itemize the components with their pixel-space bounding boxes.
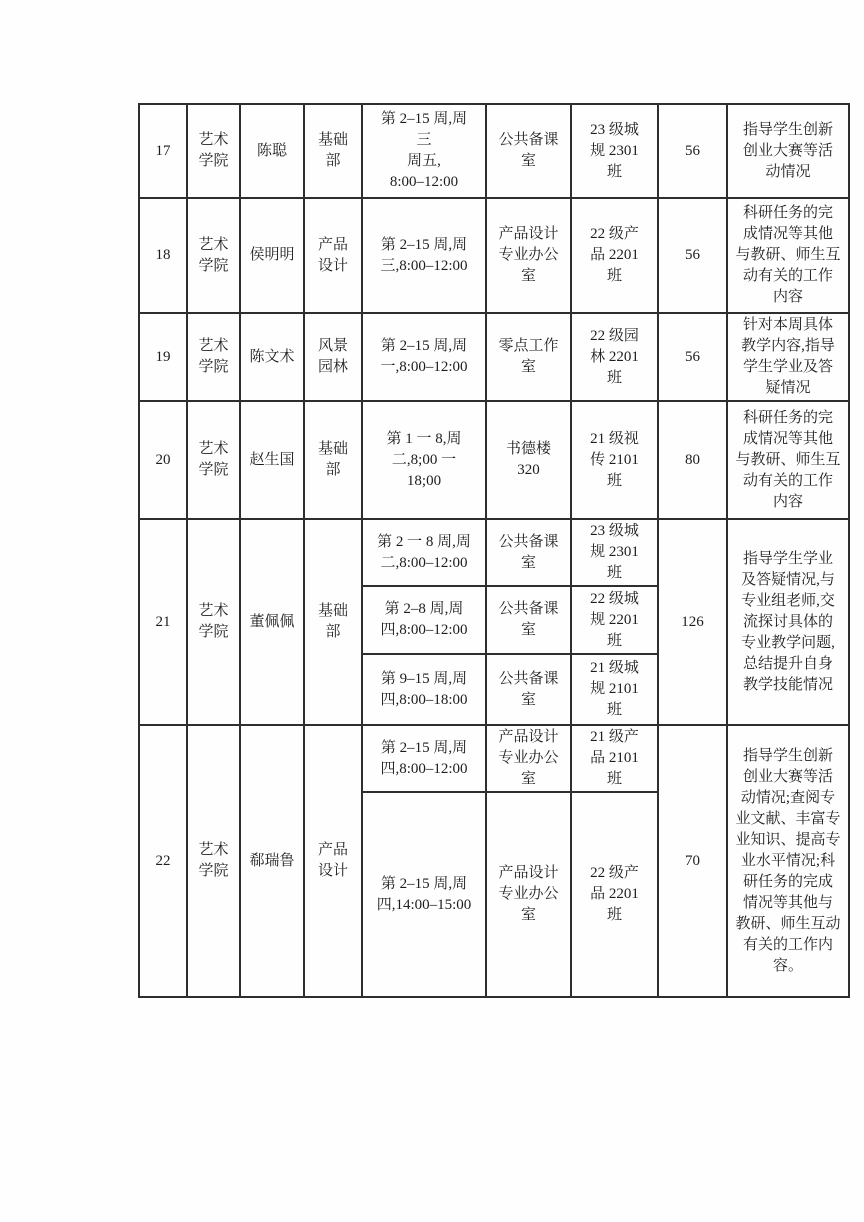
table-row: 22 艺术 学院 郗瑞鲁 产品 设计 第 2–15 周,周 四,8:00–12:… [139,725,849,792]
cell-department: 产品 设计 [304,198,362,313]
cell-row-number: 21 [139,519,187,725]
cell-student-count: 80 [658,401,727,519]
cell-department: 基础 部 [304,104,362,198]
cell-college: 艺术 学院 [187,725,240,997]
cell-teacher-name: 董佩佩 [240,519,304,725]
cell-row-number: 18 [139,198,187,313]
cell-teacher-name: 侯明明 [240,198,304,313]
cell-class: 23 级城 规 2301 班 [571,519,658,586]
cell-weeks-time: 第 2–8 周,周 四,8:00–12:00 [362,586,486,654]
cell-teacher-name: 陈聪 [240,104,304,198]
cell-department: 基础 部 [304,401,362,519]
cell-college: 艺术 学院 [187,313,240,401]
cell-student-count: 56 [658,104,727,198]
cell-location: 公共备课 室 [486,654,571,725]
cell-class: 22 级园 林 2201 班 [571,313,658,401]
cell-weeks-time: 第 9–15 周,周 四,8:00–18:00 [362,654,486,725]
cell-weeks-time: 第 2–15 周,周 一,8:00–12:00 [362,313,486,401]
cell-location: 产品设计 专业办公 室 [486,725,571,792]
cell-department: 产品 设计 [304,725,362,997]
cell-location: 公共备课 室 [486,586,571,654]
cell-college: 艺术 学院 [187,104,240,198]
table-row: 21 艺术 学院 董佩佩 基础 部 第 2 一 8 周,周 二,8:00–12:… [139,519,849,586]
cell-weeks-time: 第 1 一 8,周 二,8;00 一 18;00 [362,401,486,519]
cell-department: 风景 园林 [304,313,362,401]
cell-class: 22 级产 品 2201 班 [571,792,658,997]
cell-class: 21 级视 传 2101 班 [571,401,658,519]
cell-work-content: 指导学生创新 创业大赛等活 动情况;查阅专 业文献、丰富专 业知识、提高专 业水… [727,725,849,997]
cell-location: 产品设计 专业办公 室 [486,792,571,997]
cell-work-content: 指导学生学业 及答疑情况,与 专业组老师,交 流探讨具体的 专业教学问题, 总结… [727,519,849,725]
cell-weeks-time: 第 2–15 周,周 三 周五, 8:00–12:00 [362,104,486,198]
table-row: 18 艺术 学院 侯明明 产品 设计 第 2–15 周,周 三,8:00–12:… [139,198,849,313]
cell-location: 公共备课 室 [486,519,571,586]
scanned-document-page: 17 艺术 学院 陈聪 基础 部 第 2–15 周,周 三 周五, 8:00–1… [0,0,864,1222]
cell-teacher-name: 郗瑞鲁 [240,725,304,997]
cell-weeks-time: 第 2 一 8 周,周 二,8:00–12:00 [362,519,486,586]
table-row: 20 艺术 学院 赵生国 基础 部 第 1 一 8,周 二,8;00 一 18;… [139,401,849,519]
cell-work-content: 科研任务的完 成情况等其他 与教研、师生互 动有关的工作 内容 [727,401,849,519]
cell-class: 21 级城 规 2101 班 [571,654,658,725]
cell-student-count: 70 [658,725,727,997]
cell-row-number: 20 [139,401,187,519]
cell-student-count: 56 [658,313,727,401]
cell-teacher-name: 陈文术 [240,313,304,401]
cell-location: 书德楼 320 [486,401,571,519]
cell-weeks-time: 第 2–15 周,周 四,8:00–12:00 [362,725,486,792]
teacher-schedule-table: 17 艺术 学院 陈聪 基础 部 第 2–15 周,周 三 周五, 8:00–1… [138,103,850,998]
cell-student-count: 126 [658,519,727,725]
cell-work-content: 指导学生创新 创业大赛等活 动情况 [727,104,849,198]
cell-class: 22 级产 品 2201 班 [571,198,658,313]
cell-work-content: 针对本周具体 教学内容,指导 学生学业及答 疑情况 [727,313,849,401]
cell-college: 艺术 学院 [187,198,240,313]
cell-class: 23 级城 规 2301 班 [571,104,658,198]
cell-location: 公共备课 室 [486,104,571,198]
cell-college: 艺术 学院 [187,401,240,519]
cell-location: 产品设计 专业办公 室 [486,198,571,313]
table-row: 17 艺术 学院 陈聪 基础 部 第 2–15 周,周 三 周五, 8:00–1… [139,104,849,198]
cell-weeks-time: 第 2–15 周,周 四,14:00–15:00 [362,792,486,997]
cell-location: 零点工作 室 [486,313,571,401]
table-row: 19 艺术 学院 陈文术 风景 园林 第 2–15 周,周 一,8:00–12:… [139,313,849,401]
cell-row-number: 19 [139,313,187,401]
cell-department: 基础 部 [304,519,362,725]
cell-student-count: 56 [658,198,727,313]
cell-row-number: 22 [139,725,187,997]
cell-weeks-time: 第 2–15 周,周 三,8:00–12:00 [362,198,486,313]
cell-class: 21 级产 品 2101 班 [571,725,658,792]
cell-teacher-name: 赵生国 [240,401,304,519]
cell-college: 艺术 学院 [187,519,240,725]
cell-row-number: 17 [139,104,187,198]
cell-work-content: 科研任务的完 成情况等其他 与教研、师生互 动有关的工作 内容 [727,198,849,313]
cell-class: 22 级城 规 2201 班 [571,586,658,654]
